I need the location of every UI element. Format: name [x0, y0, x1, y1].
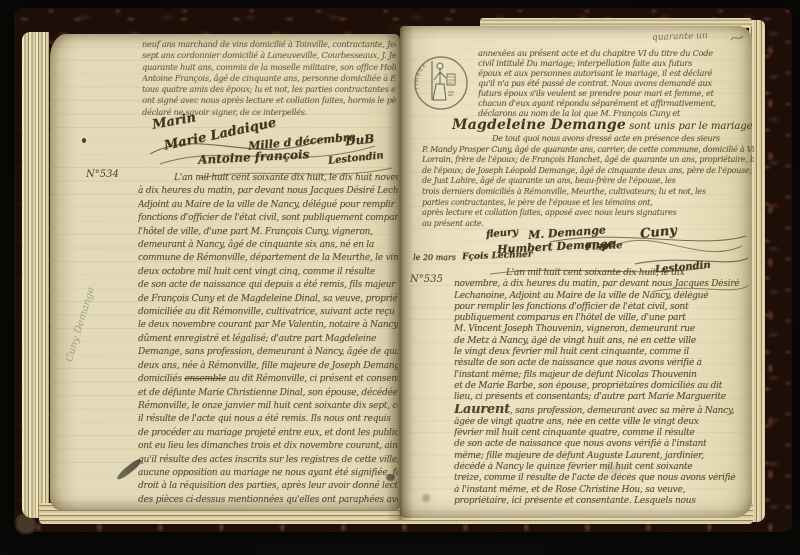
- signature-date: le 20 mars: [413, 253, 456, 262]
- photo-background: neuf ans marchand de vins domicilié à To…: [0, 0, 800, 555]
- signature: Antoine françois: [198, 147, 310, 167]
- handwritten-line: lieu, ci présents et consentants; d'autr…: [454, 392, 752, 403]
- handwritten-line: après lecture et collation faites, appos…: [422, 208, 754, 219]
- handwritten-line: sept ans cordonnier domicilié à Laneuvev…: [142, 50, 396, 61]
- handwritten-line: époux et aux personnes autorisant le mar…: [478, 68, 754, 78]
- handwritten-line: pour remplir les fonctions d'officier de…: [454, 302, 752, 313]
- signature: Lestondin: [328, 150, 385, 167]
- handwritten-line: de Just Lahire, âgé de quarante un ans, …: [422, 176, 754, 187]
- handwritten-line: aucune opposition au mariage ne nous aya…: [138, 467, 398, 480]
- handwritten-line: même; fille majeure de défunt Auguste La…: [454, 451, 752, 462]
- handwritten-line: de procéder au mariage projeté entre eux…: [138, 427, 398, 440]
- union-line-rest: sont unis par le mariage.: [626, 121, 752, 132]
- handwritten-line: demeurant à Nancy, âgé de cinquante six …: [138, 239, 398, 252]
- witnesses-text: De tout quoi nous avons dressé acte en p…: [422, 134, 754, 229]
- register-book: neuf ans marchand de vins domicilié à To…: [14, 8, 792, 532]
- signature: DuB: [344, 132, 375, 149]
- act-535-text: L'an mil huit cent soixante dix huit, le…: [454, 268, 752, 507]
- act-535-part-b: âgée de vingt quatre ans, née en cette v…: [454, 417, 752, 507]
- struck-word: ensemble: [184, 374, 226, 384]
- handwritten-line: Lechanoine, Adjoint au Maire de la ville…: [454, 291, 752, 302]
- handwritten-line: futurs époux s'ils veulent se prendre po…: [478, 88, 754, 98]
- bride-name-emphasis: Laurent: [454, 404, 510, 417]
- handwritten-line: de François Cuny et de Magdeleine Dinal,…: [138, 293, 398, 306]
- act-534-part-a: L'an mil huit cent soixante dix huit, le…: [138, 172, 398, 373]
- handwritten-line: L'an mil huit cent soixante dix huit, le…: [138, 172, 398, 185]
- marriage-union-line: Magdeleine Demange sont unis par le mari…: [452, 114, 752, 133]
- handwritten-line: commune de Rémonville, département de la…: [138, 252, 398, 265]
- faint-stain: [605, 464, 623, 474]
- handwritten-line: février mil huit cent cinquante quatre, …: [454, 428, 752, 439]
- handwritten-line: annexées au présent acte et du chapitre …: [478, 48, 754, 58]
- signature: Fçois Lechner: [462, 250, 533, 262]
- smudge-mark: [422, 494, 430, 502]
- handwritten-line: tous quatre amis des époux; lu et not, l…: [142, 84, 396, 95]
- handwritten-line: ont eu lieu les dimanches trois et dix n…: [138, 440, 398, 453]
- handwritten-line: de l'époux; de Joseph Léopold Demange, â…: [422, 166, 754, 177]
- emphasis-line-rest: , sans profession, demeurant avec sa mèr…: [510, 406, 734, 416]
- handwritten-line: le vingt deux février mil huit cent cinq…: [454, 347, 752, 358]
- handwritten-line: propriétaire, ici présente et consentant…: [454, 496, 752, 507]
- handwritten-line: de Metz à Nancy, âgé de vingt huit ans, …: [454, 336, 752, 347]
- previous-act-closing-text: neuf ans marchand de vins domicilié à To…: [142, 39, 396, 118]
- handwritten-line: treize, comme il résulte de l'acte de dé…: [454, 473, 752, 484]
- right-page: quarante un TIMBRE: [400, 26, 752, 518]
- handwritten-line: Antoine François, âgé de cinquante ans, …: [142, 73, 396, 84]
- handwritten-line: l'hôtel de ville, d'une part M. François…: [138, 226, 398, 239]
- handwritten-line: deux ans, née à Rémonville, fille majeur…: [138, 360, 398, 373]
- handwritten-line: des pièces ci-dessus mentionnées qu'elle…: [138, 494, 398, 507]
- handwritten-line: novembre, à dix heures du matin, par dev…: [454, 279, 752, 290]
- handwritten-line: décédé à Nancy le quinze février mil hui…: [454, 462, 752, 473]
- handwritten-line: civil intitulé Du mariage; interpellatio…: [478, 58, 754, 68]
- handwritten-line: deux octobre mil huit cent vingt cinq, c…: [138, 266, 398, 279]
- handwritten-line: Adjoint au Maire de la ville de Nancy, d…: [138, 199, 398, 212]
- strike-pre: domiciliés: [138, 374, 184, 384]
- timbre-stamp: TIMBRE: [412, 54, 470, 112]
- handwritten-line: P. Mandy Prosper Cuny, âgé de quarante a…: [422, 145, 754, 156]
- signature: Cuny: [639, 223, 677, 242]
- handwritten-line: qu'il n'a pas été passé de contrat. Nous…: [478, 78, 754, 88]
- handwritten-line: parties contractantes, le père de l'épou…: [422, 198, 754, 209]
- handwritten-line: l'instant même; fils majeur de défunt Ni…: [454, 370, 752, 381]
- handwritten-line: de son acte de naissance que nous avons …: [454, 439, 752, 450]
- act-534-text: L'an mil huit cent soixante dix huit, le…: [138, 172, 398, 507]
- handwritten-line: à dix heures du matin, par devant nous J…: [138, 185, 398, 198]
- handwritten-line: droit à la réquisition des parties, aprè…: [138, 480, 398, 493]
- handwritten-line: De tout quoi nous avons dressé acte en p…: [422, 134, 754, 145]
- act-number-535: N°535: [410, 274, 443, 285]
- signature: Fispile: [585, 240, 623, 253]
- handwritten-line: quarante huit ans, commis de la moselle …: [142, 62, 396, 73]
- strike-post: au dit Rémonville, ci présent et consent…: [226, 374, 398, 384]
- handwritten-line-with-emphasis: Laurent, sans profession, demeurant avec…: [454, 404, 752, 417]
- signature: fleury: [486, 227, 519, 241]
- handwritten-line: M. Vincent Joseph Thouvenin, vigneron, d…: [454, 324, 752, 335]
- handwritten-line: résulte de son acte de naissance que nou…: [454, 358, 752, 369]
- margin-pencil-note: Cuny Demange: [64, 226, 115, 363]
- handwritten-line: Rémonville, le onze janvier mil huit cen…: [138, 400, 398, 413]
- act-535-part-a: L'an mil huit cent soixante dix huit, le…: [454, 268, 752, 404]
- handwritten-line: âgée de vingt quatre ans, née en cette v…: [454, 417, 752, 428]
- act-number-534: N°534: [86, 169, 119, 180]
- timbre-stamp-figure: TIMBRE: [412, 54, 470, 112]
- wormhole-mark: [82, 138, 86, 143]
- folio-note: quarante un: [652, 31, 708, 43]
- page-edges-left: [22, 32, 49, 518]
- paraph-mark: [730, 32, 744, 44]
- handwritten-line: chacun d'eux ayant répondu séparément et…: [478, 98, 754, 108]
- handwritten-line: et de défunte Marie Christienne Dinal, s…: [138, 387, 398, 400]
- handwritten-line: domiciliée au dit Rémonville, cultivatri…: [138, 306, 398, 319]
- handwritten-line: à l'instant même, et de Rose Christine H…: [454, 485, 752, 496]
- bride-name-emphasis: Magdeleine Demange: [452, 117, 626, 133]
- handwritten-line: Lorrain, frère de l'époux; de François H…: [422, 155, 754, 166]
- left-page: neuf ans marchand de vins domicilié à To…: [50, 34, 400, 510]
- handwritten-line: de son acte de naissance qui depuis a ét…: [138, 279, 398, 292]
- handwritten-line: trois derniers domiciliés à Rémonville, …: [422, 187, 754, 198]
- handwritten-line: ont signé avec nous après lecture et col…: [142, 95, 396, 106]
- handwritten-line: et de Marie Barbe, son épouse, propriéta…: [454, 381, 752, 392]
- handwritten-line-with-strikethrough: domiciliés ensemble au dit Rémonville, c…: [138, 373, 398, 386]
- handwritten-line: neuf ans marchand de vins domicilié à To…: [142, 39, 396, 50]
- handwritten-line: il résulte de l'acte qui nous a été remi…: [138, 413, 398, 426]
- handwritten-line: Demange, sans profession, demeurant à Na…: [138, 346, 398, 359]
- act-534-part-b: et de défunte Marie Christienne Dinal, s…: [138, 387, 398, 508]
- ink-blot: [386, 474, 395, 481]
- handwritten-line: publiquement comparus en l'hôtel de vill…: [454, 313, 752, 324]
- handwritten-line: fonctions d'officier de l'état civil, so…: [138, 212, 398, 225]
- handwritten-line: le deux novembre courant par Me Valentin…: [138, 319, 398, 332]
- handwritten-line: dûment enregistré et légalisé; d'autre p…: [138, 333, 398, 346]
- act-534-continuation-text: annexées au présent acte et du chapitre …: [478, 48, 754, 118]
- handwritten-line: qu'il résulte des actes inscrits sur les…: [138, 454, 398, 467]
